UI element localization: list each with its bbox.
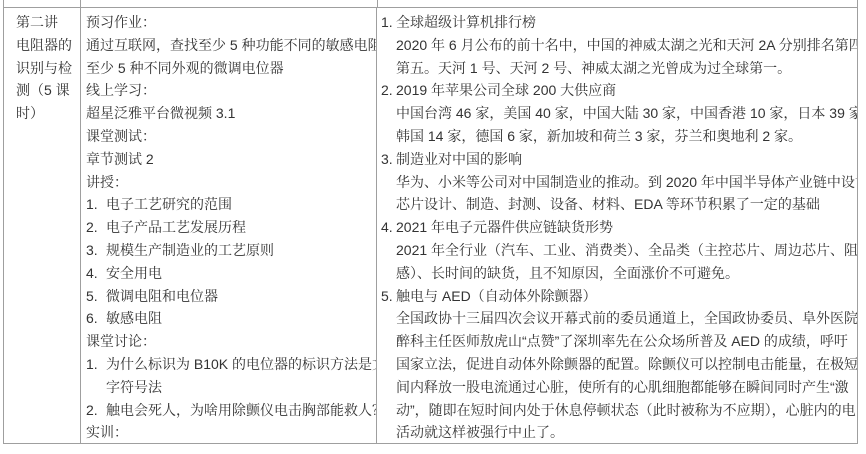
list-number: 6. <box>86 307 106 330</box>
text-line: 4.安全用电 <box>86 262 372 285</box>
text-line: 华为、小米等公司对中国制造业的推动。到 2020 年中国半导体产业链中设计 <box>381 171 853 194</box>
text-line: 线上学习： <box>86 79 372 102</box>
text-line: 识别与检 <box>16 57 77 80</box>
list-number: 1. <box>86 353 106 376</box>
list-number: 2. <box>381 79 396 102</box>
text-line: 感）、长时间的缺货，且不知原因，全面涨价不可避免。 <box>381 262 853 285</box>
text-line: 国家立法，促进自动体外除颤器的配置。除颤仪可以控制电击能量，在极短时 <box>381 353 853 376</box>
text-line: 章节测试 2 <box>86 148 372 171</box>
document-page: { "page": { "background_color": "#ffffff… <box>0 0 866 454</box>
text-line: 第二讲 <box>16 11 77 34</box>
text-line: 字符号法 <box>86 376 372 399</box>
table-border-stub <box>857 0 858 7</box>
list-number: 4. <box>381 216 396 239</box>
list-number: 5. <box>86 285 106 308</box>
text-line: 通过互联网，查找至少 5 种功能不同的敏感电阻、 <box>86 34 372 57</box>
text-line: 6.敏感电阻 <box>86 307 372 330</box>
text-line: 3.规模生产制造业的工艺原则 <box>86 239 372 262</box>
syllabus-table: 第二讲电阻器的识别与检测（5 课时） 预习作业：通过互联网，查找至少 5 种功能… <box>3 7 858 444</box>
cell-teaching-activities: 预习作业：通过互联网，查找至少 5 种功能不同的敏感电阻、至少 5 种不同外观的… <box>80 8 376 443</box>
list-number: 1. <box>86 193 106 216</box>
text-line: 2020 年 6 月公布的前十名中，中国的神威太湖之光和天河 2A 分别排名第四 <box>381 34 853 57</box>
text-line: 韩国 14 家，德国 6 家，新加坡和荷兰 3 家，芬兰和奥地利 2 家。 <box>381 125 853 148</box>
list-number: 1. <box>381 11 396 34</box>
text-line: 1.全球超级计算机排行榜 <box>381 11 853 34</box>
text-line: 5.微调电阻和电位器 <box>86 285 372 308</box>
text-line: 4.2021 年电子元器件供应链缺货形势 <box>381 216 853 239</box>
text-line: 预习作业： <box>86 11 372 34</box>
text-line: 讲授： <box>86 171 372 194</box>
text-line: 5.触电与 AED（自动体外除颤器） <box>381 285 853 308</box>
text-line: 2.触电会死人，为啥用除颤仪电击胸部能救人？ <box>86 399 372 422</box>
list-number: 3. <box>86 239 106 262</box>
list-number: 4. <box>86 262 106 285</box>
text-line: 动”，随即在短时间内处于休息停顿状态（此时被称为不应期），心脏内的电 <box>381 399 853 422</box>
list-number: 3. <box>381 148 396 171</box>
text-line: 芯片设计、制造、封测、设备、材料、EDA 等环节积累了一定的基础 <box>381 193 853 216</box>
text-line: 课堂讨论： <box>86 330 372 353</box>
text-line: 至少 5 种不同外观的微调电位器 <box>86 57 372 80</box>
text-line: 实训： <box>86 421 372 443</box>
table-border-stub <box>80 0 81 7</box>
text-line: 活动就这样被强行中止了。 <box>381 421 853 443</box>
text-line: 2021 年全行业（汽车、工业、消费类）、全品类（主控芯片、周边芯片、阻容 <box>381 239 853 262</box>
text-line: 课堂测试： <box>86 125 372 148</box>
text-line: 间内释放一股电流通过心脏，使所有的心肌细胞都能够在瞬间同时产生“激 <box>381 376 853 399</box>
cell-case-studies: 1.全球超级计算机排行榜2020 年 6 月公布的前十名中，中国的神威太湖之光和… <box>376 8 857 443</box>
text-line: 时） <box>16 102 77 125</box>
text-line: 第五。天河 1 号、天河 2 号、神威太湖之光曾成为过全球第一。 <box>381 57 853 80</box>
text-line: 2.电子产品工艺发展历程 <box>86 216 372 239</box>
text-line: 测（5 课 <box>16 79 77 102</box>
list-number: 2. <box>86 216 106 239</box>
text-line: 全国政协十三届四次会议开幕式前的委员通道上，全国政协委员、阜外医院麻 <box>381 307 853 330</box>
text-line: 超星泛雅平台微视频 3.1 <box>86 102 372 125</box>
table-border-stub <box>3 0 4 7</box>
text-line: 3.制造业对中国的影响 <box>381 148 853 171</box>
text-line: 醉科主任医师敖虎山“点赞”了深圳率先在公众场所普及 AED 的成绩，呼吁 <box>381 330 853 353</box>
text-line: 1.为什么标识为 B10K 的电位器的标识方法是文 <box>86 353 372 376</box>
text-line: 中国台湾 46 家，美国 40 家，中国大陆 30 家，中国香港 10 家，日本… <box>381 102 853 125</box>
text-line: 1.电子工艺研究的范围 <box>86 193 372 216</box>
text-line: 电阻器的 <box>16 34 77 57</box>
list-number: 2. <box>86 399 106 422</box>
text-line: 2.2019 年苹果公司全球 200 大供应商 <box>381 79 853 102</box>
list-number: 5. <box>381 285 396 308</box>
table-border-stub <box>377 0 378 7</box>
cell-lecture-title: 第二讲电阻器的识别与检测（5 课时） <box>4 8 80 443</box>
